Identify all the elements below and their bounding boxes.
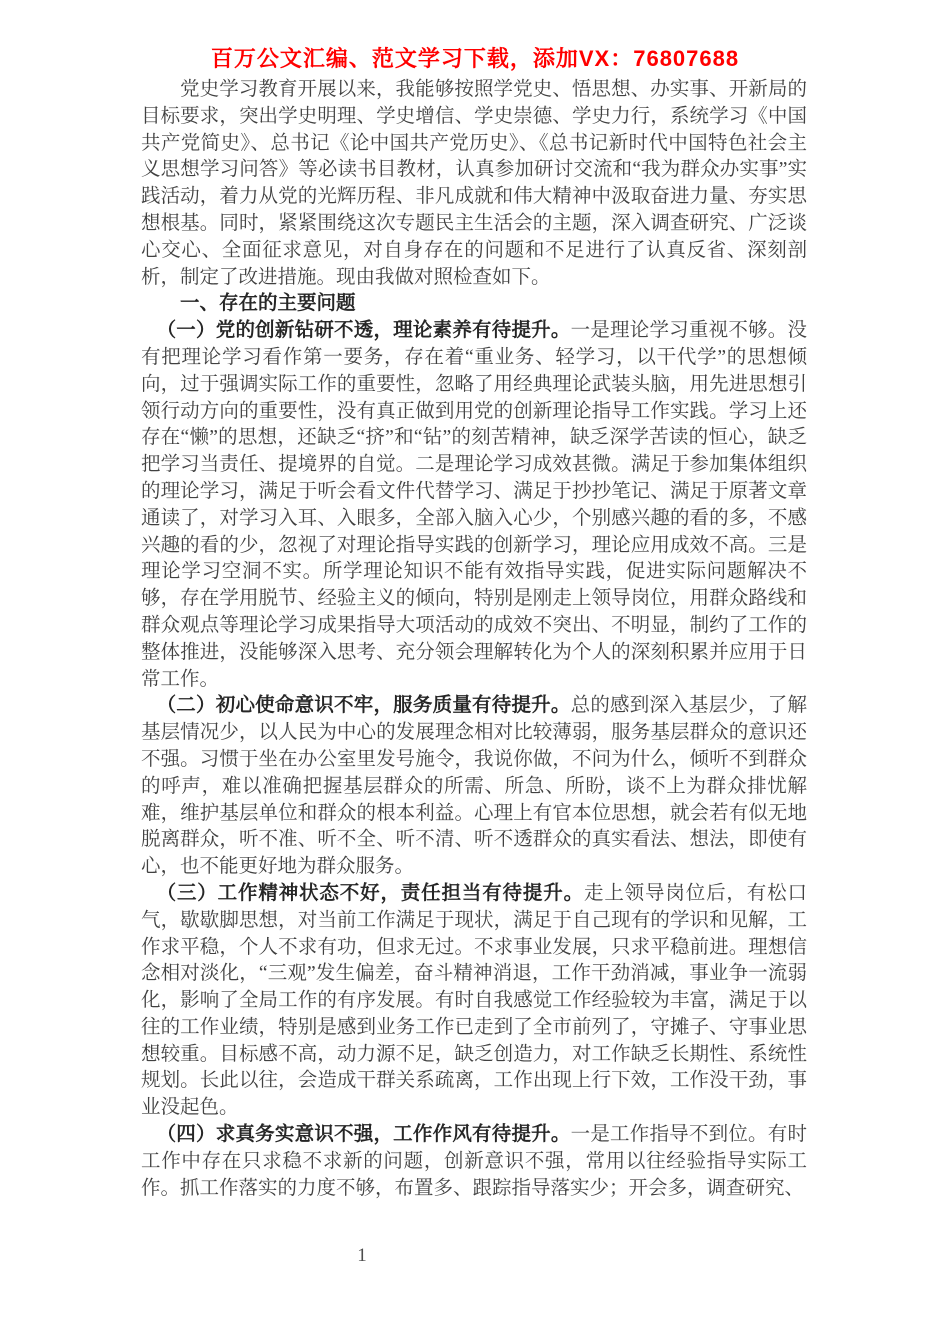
item-2-lead: （二）初心使命意识不牢，服务质量有待提升。 — [157, 695, 571, 716]
document-body: 党史学习教育开展以来，我能够按照学党史、悟思想、办实事、开新局的目标要求，突出学… — [141, 77, 807, 1202]
item-paragraph-2: （二）初心使命意识不牢，服务质量有待提升。总的感到深入基层少，了解基层情况少，以… — [141, 693, 807, 881]
item-2-body: 总的感到深入基层少，了解基层情况少，以人民为中心的发展理念相对比较薄弱，服务基层… — [141, 695, 807, 877]
item-1-lead: （一）党的创新钻研不透，理论素养有待提升。 — [157, 320, 571, 341]
item-paragraph-3: （三）工作精神状态不好，责任担当有待提升。走上领导岗位后，有松口气，歇歇脚思想，… — [141, 881, 807, 1122]
item-3-body: 走上领导岗位后，有松口气，歇歇脚思想，对当前工作满足于现状，满足于自己现有的学识… — [141, 883, 807, 1118]
document-page: 百万公文汇编、范文学习下载，添加VX：76807688 党史学习教育开展以来，我… — [0, 0, 950, 1344]
promo-header-text: 百万公文汇编、范文学习下载，添加VX：76807688 — [0, 44, 950, 74]
item-paragraph-1: （一）党的创新钻研不透，理论素养有待提升。一是理论学习重视不够。没有把理论学习看… — [141, 318, 807, 693]
page-number: 1 — [302, 1244, 422, 1268]
section-heading: 一、存在的主要问题 — [141, 291, 807, 318]
item-3-lead: （三）工作精神状态不好，责任担当有待提升。 — [157, 883, 584, 904]
item-paragraph-4: （四）求真务实意识不强，工作作风有待提升。一是工作指导不到位。有时工作中存在只求… — [141, 1122, 807, 1202]
item-4-lead: （四）求真务实意识不强，工作作风有待提升。 — [157, 1124, 571, 1145]
item-1-body: 一是理论学习重视不够。没有把理论学习看作第一要务，存在着“重业务、轻学习，以干代… — [141, 320, 807, 689]
intro-paragraph: 党史学习教育开展以来，我能够按照学党史、悟思想、办实事、开新局的目标要求，突出学… — [141, 77, 807, 291]
